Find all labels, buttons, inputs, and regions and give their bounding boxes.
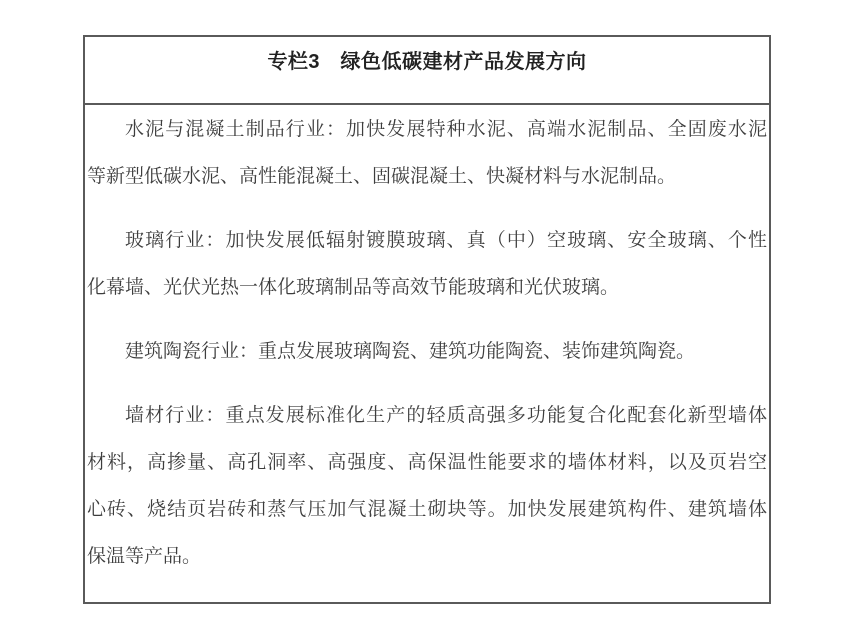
paragraph-line: 心砖、烧结页岩砖和蒸气压加气混凝土砌块等。加快发展建筑构件、建筑墙体 [87,486,767,533]
paragraph-line: 化幕墙、光伏光热一体化玻璃制品等高效节能玻璃和光伏玻璃。 [87,264,767,311]
column-body: 水泥与混凝土制品行业：加快发展特种水泥、高端水泥制品、全固废水泥等新型低碳水泥、… [85,105,769,580]
column-box: 专栏3 绿色低碳建材产品发展方向 水泥与混凝土制品行业：加快发展特种水泥、高端水… [83,35,771,604]
column-title: 专栏3 绿色低碳建材产品发展方向 [267,48,586,76]
column-header: 专栏3 绿色低碳建材产品发展方向 [85,37,769,105]
paragraph-line: 玻璃行业：加快发展低辐射镀膜玻璃、真（中）空玻璃、安全玻璃、个性 [87,217,767,264]
paragraph-line: 墙材行业：重点发展标准化生产的轻质高强多功能复合化配套化新型墙体 [87,392,767,439]
paragraph: 水泥与混凝土制品行业：加快发展特种水泥、高端水泥制品、全固废水泥等新型低碳水泥、… [87,106,767,200]
paragraph: 玻璃行业：加快发展低辐射镀膜玻璃、真（中）空玻璃、安全玻璃、个性化幕墙、光伏光热… [87,217,767,311]
paragraph-line: 建筑陶瓷行业：重点发展玻璃陶瓷、建筑功能陶瓷、装饰建筑陶瓷。 [87,328,767,375]
paragraph: 墙材行业：重点发展标准化生产的轻质高强多功能复合化配套化新型墙体材料，高掺量、高… [87,392,767,580]
paragraph-line: 保温等产品。 [87,533,767,580]
paragraph-line: 等新型低碳水泥、高性能混凝土、固碳混凝土、快凝材料与水泥制品。 [87,153,767,200]
paragraph: 建筑陶瓷行业：重点发展玻璃陶瓷、建筑功能陶瓷、装饰建筑陶瓷。 [87,328,767,375]
paragraph-line: 水泥与混凝土制品行业：加快发展特种水泥、高端水泥制品、全固废水泥 [87,106,767,153]
document-page: 专栏3 绿色低碳建材产品发展方向 水泥与混凝土制品行业：加快发展特种水泥、高端水… [0,0,857,640]
paragraph-line: 材料，高掺量、高孔洞率、高强度、高保温性能要求的墙体材料，以及页岩空 [87,439,767,486]
